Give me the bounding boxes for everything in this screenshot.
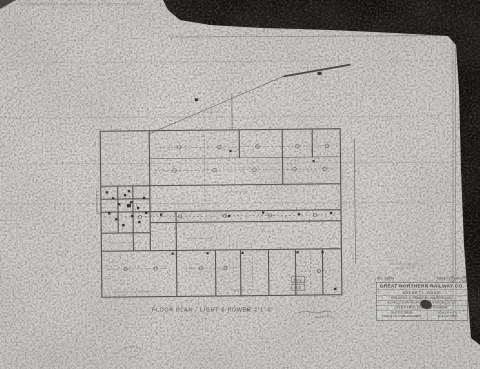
blotch-noise — [0, 0, 480, 369]
scanned-blueprint-photo: 103.6 85.8 FLOOR PLAN - LIGHT & POWER - … — [0, 0, 480, 369]
grain-overlay — [0, 0, 480, 369]
